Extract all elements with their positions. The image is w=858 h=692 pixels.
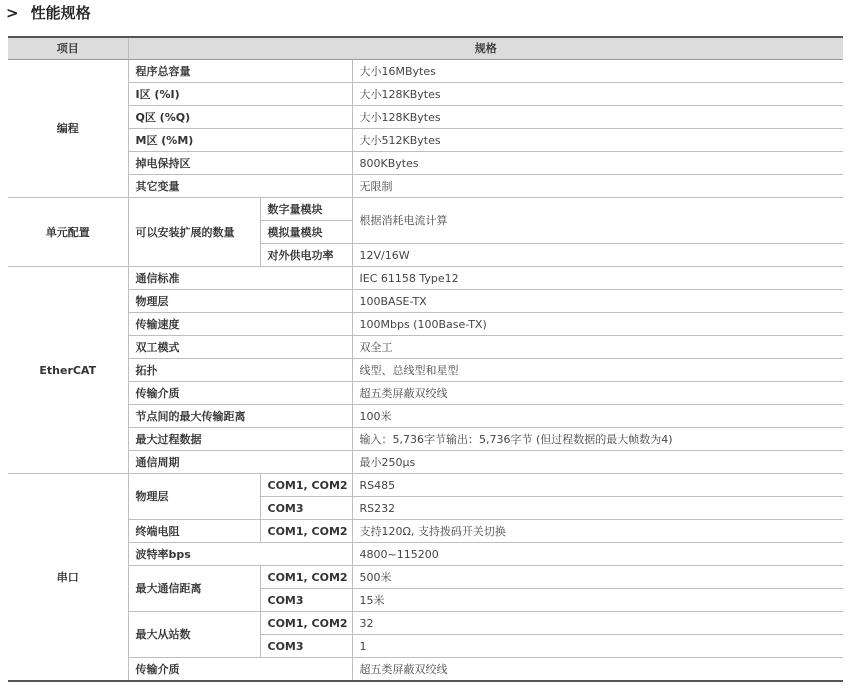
row-item: 通信标准 [128, 267, 352, 290]
row-value: 大小16MBytes [352, 60, 843, 83]
row-value: RS232 [352, 497, 843, 520]
table-row: EtherCAT 通信标准 IEC 61158 Type12 [8, 267, 843, 290]
row-item: 双工模式 [128, 336, 352, 359]
row-value: 超五类屏蔽双绞线 [352, 658, 843, 682]
table-row: I区 (%I) 大小128KBytes [8, 83, 843, 106]
chevron-right-icon: > [6, 0, 19, 26]
row-value: 大小128KBytes [352, 106, 843, 129]
table-row: 掉电保持区 800KBytes [8, 152, 843, 175]
row-subitem: 模拟量模块 [260, 221, 352, 244]
row-subitem: COM3 [260, 497, 352, 520]
row-value: 500米 [352, 566, 843, 589]
section-title: >性能规格 [6, 0, 91, 26]
table-header-row: 项目 规格 [8, 37, 843, 60]
row-value: 1 [352, 635, 843, 658]
table-row: 最大通信距离 COM1, COM2 500米 [8, 566, 843, 589]
row-value: 大小128KBytes [352, 83, 843, 106]
section-title-text: 性能规格 [31, 4, 91, 22]
row-value: 超五类屏蔽双绞线 [352, 382, 843, 405]
row-item: Q区 (%Q) [128, 106, 352, 129]
row-item: 终端电阻 [128, 520, 260, 543]
group-ethercat: EtherCAT [8, 267, 128, 474]
table-row: 传输速度 100Mbps (100Base-TX) [8, 313, 843, 336]
header-spec: 规格 [128, 37, 843, 60]
group-programming: 编程 [8, 60, 128, 198]
row-item: 传输速度 [128, 313, 352, 336]
row-value: 双全工 [352, 336, 843, 359]
row-subitem: 对外供电功率 [260, 244, 352, 267]
group-serial: 串口 [8, 474, 128, 682]
row-value: IEC 61158 Type12 [352, 267, 843, 290]
row-item: 最大过程数据 [128, 428, 352, 451]
row-subitem: COM3 [260, 589, 352, 612]
row-value: 输入：5,736字节输出：5,736字节 (但过程数据的最大帧数为4) [352, 428, 843, 451]
row-item: 其它变量 [128, 175, 352, 198]
row-value: 32 [352, 612, 843, 635]
row-subitem: COM1, COM2 [260, 566, 352, 589]
row-item: M区 (%M) [128, 129, 352, 152]
table-row: 波特率bps 4800~115200 [8, 543, 843, 566]
row-value: 100BASE-TX [352, 290, 843, 313]
row-value: 800KBytes [352, 152, 843, 175]
row-item: 节点间的最大传输距离 [128, 405, 352, 428]
row-item: 拓扑 [128, 359, 352, 382]
row-item: 物理层 [128, 290, 352, 313]
row-subitem: COM1, COM2 [260, 474, 352, 497]
row-item: 掉电保持区 [128, 152, 352, 175]
table-row: 拓扑 线型、总线型和星型 [8, 359, 843, 382]
row-subitem: COM3 [260, 635, 352, 658]
table-row: 单元配置 可以安装扩展的数量 数字量模块 根据消耗电流计算 [8, 198, 843, 221]
row-value: 12V/16W [352, 244, 843, 267]
row-value: 15米 [352, 589, 843, 612]
table-row: 串口 物理层 COM1, COM2 RS485 [8, 474, 843, 497]
row-item: 最大通信距离 [128, 566, 260, 612]
row-item: 最大从站数 [128, 612, 260, 658]
table-row: 最大从站数 COM1, COM2 32 [8, 612, 843, 635]
row-value: 4800~115200 [352, 543, 843, 566]
group-unit-config: 单元配置 [8, 198, 128, 267]
row-value: 最小250μs [352, 451, 843, 474]
table-row: 其它变量 无限制 [8, 175, 843, 198]
row-item: 程序总容量 [128, 60, 352, 83]
row-item: 传输介质 [128, 382, 352, 405]
row-value: 无限制 [352, 175, 843, 198]
row-value: 大小512KBytes [352, 129, 843, 152]
row-subitem: COM1, COM2 [260, 520, 352, 543]
table-row: 最大过程数据 输入：5,736字节输出：5,736字节 (但过程数据的最大帧数为… [8, 428, 843, 451]
row-item: 物理层 [128, 474, 260, 520]
table-row: 传输介质 超五类屏蔽双绞线 [8, 382, 843, 405]
row-value: 线型、总线型和星型 [352, 359, 843, 382]
row-value: 根据消耗电流计算 [352, 198, 843, 244]
row-value: 支持120Ω, 支持拨码开关切换 [352, 520, 843, 543]
row-subitem: COM1, COM2 [260, 612, 352, 635]
table-row: 终端电阻 COM1, COM2 支持120Ω, 支持拨码开关切换 [8, 520, 843, 543]
table-row: M区 (%M) 大小512KBytes [8, 129, 843, 152]
table-row: 双工模式 双全工 [8, 336, 843, 359]
table-row: 通信周期 最小250μs [8, 451, 843, 474]
table-row: 节点间的最大传输距离 100米 [8, 405, 843, 428]
row-item: 可以安装扩展的数量 [128, 198, 260, 267]
row-item: 通信周期 [128, 451, 352, 474]
row-value: RS485 [352, 474, 843, 497]
table-row: 传输介质 超五类屏蔽双绞线 [8, 658, 843, 682]
performance-spec-table: 项目 规格 编程 程序总容量 大小16MBytes I区 (%I) 大小128K… [8, 36, 843, 682]
table-row: Q区 (%Q) 大小128KBytes [8, 106, 843, 129]
row-item: I区 (%I) [128, 83, 352, 106]
row-subitem: 数字量模块 [260, 198, 352, 221]
row-value: 100米 [352, 405, 843, 428]
table-row: 编程 程序总容量 大小16MBytes [8, 60, 843, 83]
row-value: 100Mbps (100Base-TX) [352, 313, 843, 336]
row-item: 波特率bps [128, 543, 352, 566]
table-row: 物理层 100BASE-TX [8, 290, 843, 313]
row-item: 传输介质 [128, 658, 352, 682]
header-item: 项目 [8, 37, 128, 60]
